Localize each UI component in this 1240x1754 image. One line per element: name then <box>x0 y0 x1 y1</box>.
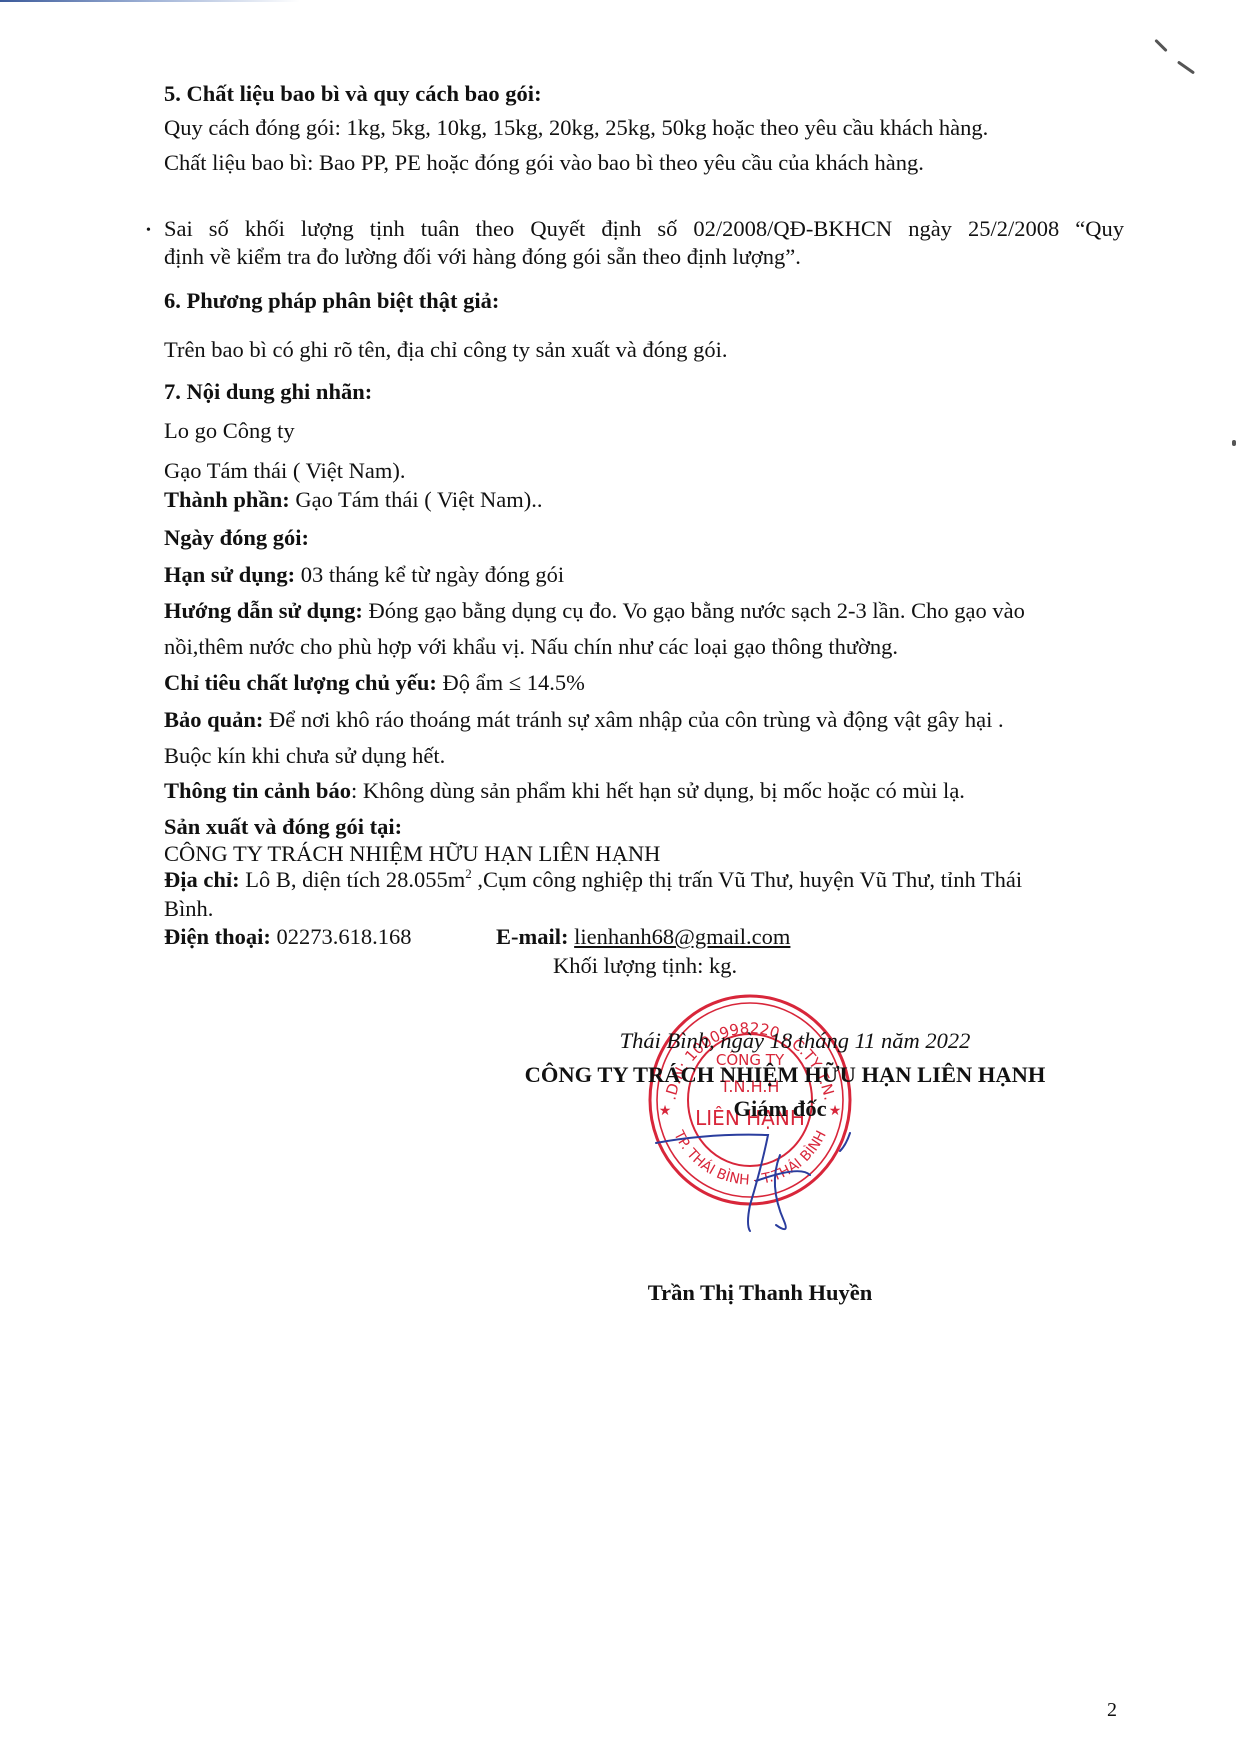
section-6-text: Trên bao bì có ghi rõ tên, địa chỉ công … <box>164 339 727 362</box>
quality-label: Chỉ tiêu chất lượng chủ yếu: <box>164 670 437 695</box>
email-label: E-mail: <box>496 924 569 949</box>
address-value-pre: Lô B, diện tích 28.055m <box>240 867 466 892</box>
ingredients-label: Thành phần: <box>164 487 290 512</box>
usage-line-1: Hướng dẫn sử dụng: Đóng gạo bằng dụng cụ… <box>164 600 1025 623</box>
phone-line: Điện thoại: 02273.618.168 <box>164 926 412 949</box>
phone-label: Điện thoại: <box>164 924 271 949</box>
email-link[interactable]: lienhanh68@gmail.com <box>574 924 790 949</box>
tolerance-line-2: định về kiểm tra đo lường đối với hàng đ… <box>164 246 801 269</box>
email-line: E-mail: lienhanh68@gmail.com <box>496 926 790 949</box>
bullet-mark: • <box>146 223 151 239</box>
expiry-line: Hạn sử dụng: 03 tháng kể từ ngày đóng gó… <box>164 564 564 587</box>
phone-value: 02273.618.168 <box>271 924 412 949</box>
quality-value: Độ ẩm ≤ 14.5% <box>437 670 585 695</box>
producer-label: Sản xuất và đóng gói tại: <box>164 816 402 839</box>
section-7-heading: 7. Nội dung ghi nhãn: <box>164 381 372 404</box>
handwritten-signature <box>650 1125 880 1245</box>
storage-value-1: Để nơi khô ráo thoáng mát tránh sự xâm n… <box>263 707 1003 732</box>
expiry-label: Hạn sử dụng: <box>164 562 295 587</box>
scan-artifact <box>1232 440 1236 446</box>
product-name: Gạo Tám thái ( Việt Nam). <box>164 460 406 483</box>
address-value-post: ,Cụm công nghiệp thị trấn Vũ Thư, huyện … <box>472 867 1022 892</box>
tolerance-line-1: Sai số khối lượng tịnh tuân theo Quyết đ… <box>164 218 1124 241</box>
pack-date-label: Ngày đóng gói: <box>164 527 309 550</box>
net-weight: Khối lượng tịnh: kg. <box>553 955 737 978</box>
storage-label: Bảo quản: <box>164 707 263 732</box>
place-date: Thái Bình, ngày 18 tháng 11 năm 2022 <box>560 1028 1030 1054</box>
warning-label: Thông tin cảnh báo <box>164 778 351 803</box>
warning-value: : Không dùng sản phẩm khi hết hạn sử dụn… <box>351 778 965 803</box>
storage-line-1: Bảo quản: Để nơi khô ráo thoáng mát trán… <box>164 709 1004 732</box>
document-page: 5. Chất liệu bao bì và quy cách bao gói:… <box>0 0 1240 1754</box>
address-label: Địa chỉ: <box>164 867 240 892</box>
expiry-value: 03 tháng kể từ ngày đóng gói <box>295 562 564 587</box>
packing-spec: Quy cách đóng gói: 1kg, 5kg, 10kg, 15kg,… <box>164 117 988 140</box>
usage-line-2: nồi,thêm nước cho phù hợp với khẩu vị. N… <box>164 636 898 659</box>
usage-value-1: Đóng gạo bằng dụng cụ đo. Vo gạo bằng nư… <box>363 598 1025 623</box>
quality-line: Chỉ tiêu chất lượng chủ yếu: Độ ẩm ≤ 14.… <box>164 672 585 695</box>
company-name: CÔNG TY TRÁCH NHIỆM HỮU HẠN LIÊN HẠNH <box>164 843 660 866</box>
packaging-material: Chất liệu bao bì: Bao PP, PE hoặc đóng g… <box>164 152 924 175</box>
storage-line-2: Buộc kín khi chưa sử dụng hết. <box>164 745 445 768</box>
logo-text: Lo go Công ty <box>164 420 295 443</box>
page-number: 2 <box>1107 1699 1117 1722</box>
warning-line: Thông tin cảnh báo: Không dùng sản phẩm … <box>164 780 965 803</box>
usage-label: Hướng dẫn sử dụng: <box>164 598 363 623</box>
svg-text:★: ★ <box>659 1103 672 1119</box>
scan-artifact <box>1177 61 1195 75</box>
signature-title: Giám đốc <box>690 1096 870 1122</box>
signer-name: Trần Thị Thanh Huyền <box>560 1280 960 1306</box>
address-line-2: Bình. <box>164 898 213 921</box>
signature-company: CÔNG TY TRÁCH NHIỆM HỮU HẠN LIÊN HẠNH <box>490 1062 1080 1088</box>
scan-artifact <box>1154 39 1167 52</box>
ingredients-line: Thành phần: Gạo Tám thái ( Việt Nam).. <box>164 489 542 512</box>
ingredients-value: Gạo Tám thái ( Việt Nam).. <box>290 487 543 512</box>
section-5-heading: 5. Chất liệu bao bì và quy cách bao gói: <box>164 83 542 106</box>
section-6-heading: 6. Phương pháp phân biệt thật giả: <box>164 290 499 313</box>
address-line-1: Địa chỉ: Lô B, diện tích 28.055m2 ,Cụm c… <box>164 869 1022 892</box>
